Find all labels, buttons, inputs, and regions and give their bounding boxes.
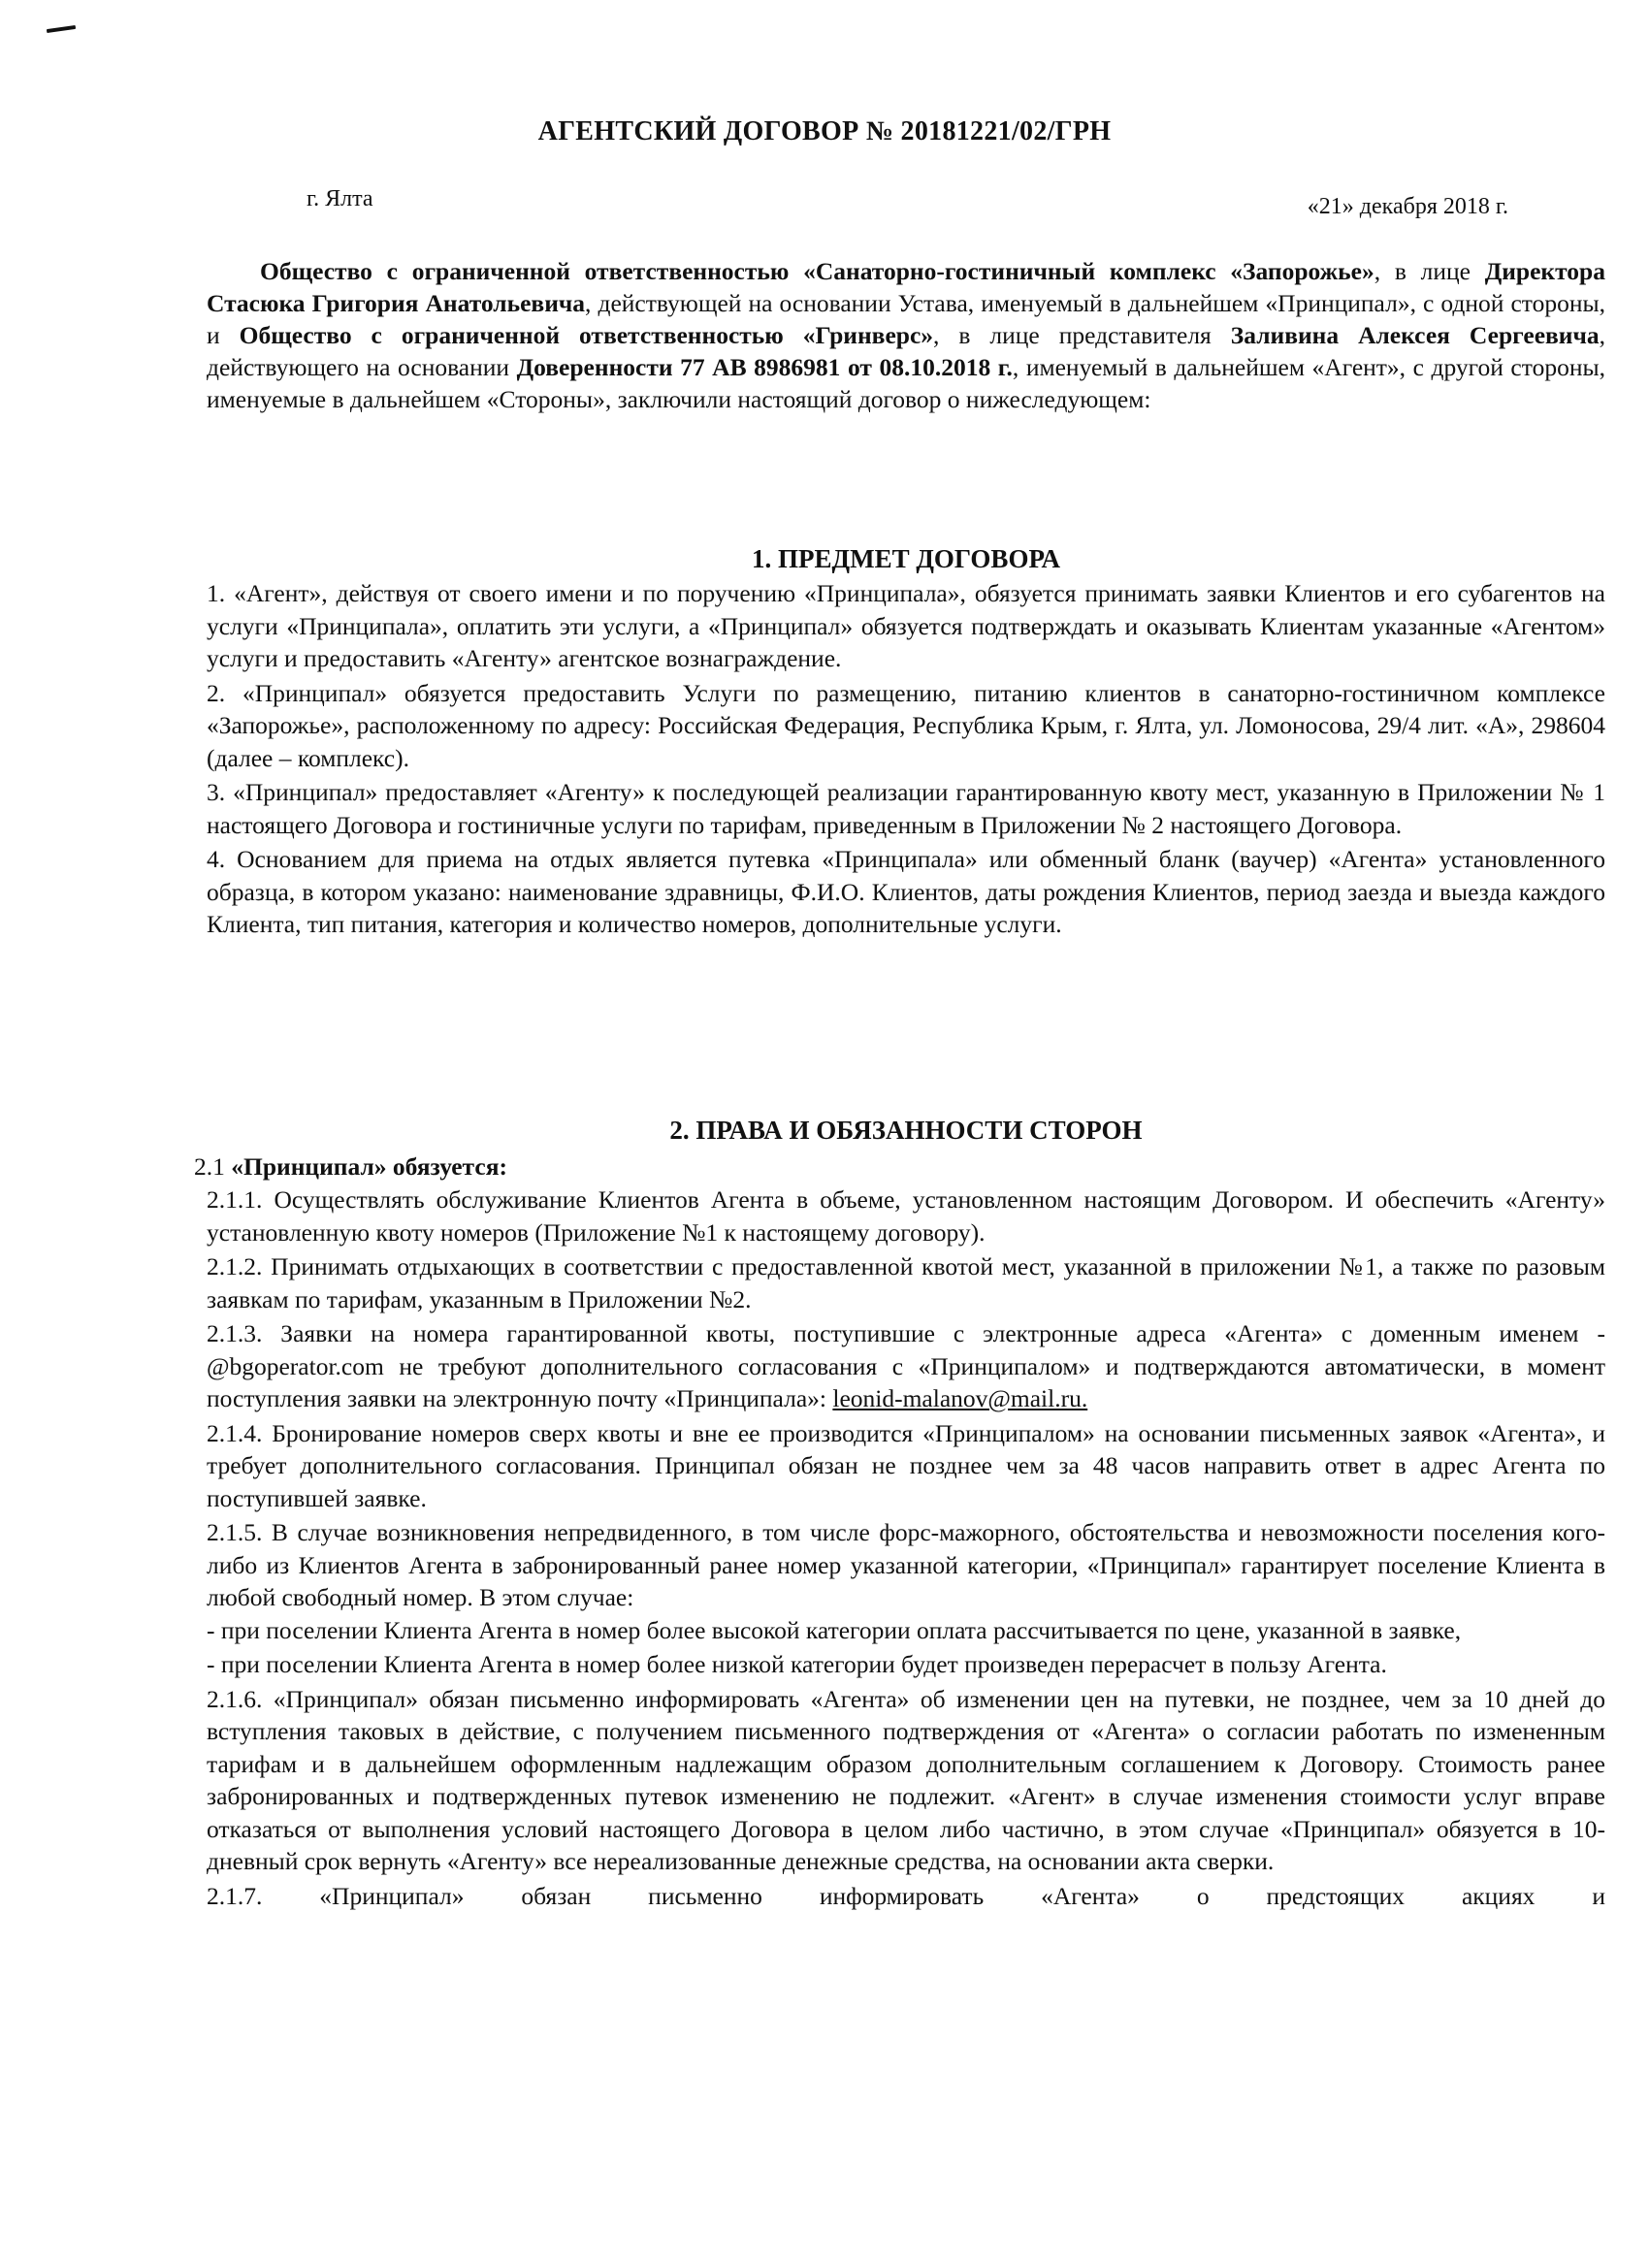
section-1-body: 1. «Агент», действуя от своего имени и п… xyxy=(207,577,1605,941)
clause-1-2: 2. «Принципал» обязуется предоставить Ус… xyxy=(207,677,1605,775)
scan-artifact-mark xyxy=(47,25,76,33)
subsection-number: 2.1 xyxy=(194,1152,231,1181)
section-2-heading: 2. ПРАВА И ОБЯЗАННОСТИ СТОРОН xyxy=(207,1116,1605,1146)
clause-1-3: 3. «Принципал» предоставляет «Агенту» к … xyxy=(207,776,1605,841)
clause-2-1-6: 2.1.6. «Принципал» обязан письменно инфо… xyxy=(207,1683,1605,1878)
clause-2-1-3: 2.1.3. Заявки на номера гарантированной … xyxy=(207,1317,1605,1415)
principal-company-name: Общество с ограниченной ответственностью… xyxy=(260,257,1374,285)
document-place: г. Ялта xyxy=(307,186,373,212)
power-of-attorney: Доверенности 77 АВ 8986981 от 08.10.2018… xyxy=(517,353,1013,381)
principal-email-link[interactable]: leonid-malanov@mail.ru. xyxy=(832,1384,1087,1412)
clause-2-1-5-lower-category: - при поселении Клиента Агента в номер б… xyxy=(207,1648,1605,1681)
clause-2-1-7: 2.1.7. «Принципал» обязан письменно инфо… xyxy=(207,1880,1605,1913)
section-1-heading: 1. ПРЕДМЕТ ДОГОВОРА xyxy=(207,544,1605,574)
preamble-text: , в лице представителя xyxy=(933,321,1231,349)
preamble-text: , в лице xyxy=(1374,257,1485,285)
document-date: «21» декабря 2018 г. xyxy=(1308,194,1508,220)
subsection-title: «Принципал» обязуется: xyxy=(231,1152,507,1181)
clause-2-1-5: 2.1.5. В случае возникновения непредвиде… xyxy=(207,1516,1605,1614)
clause-2-1-1: 2.1.1. Осуществлять обслуживание Клиенто… xyxy=(207,1183,1605,1248)
clause-1-1: 1. «Агент», действуя от своего имени и п… xyxy=(207,577,1605,675)
section-2-body: 2.1.1. Осуществлять обслуживание Клиенто… xyxy=(207,1183,1605,1912)
clause-2-1-5-higher-category: - при поселении Клиента Агента в номер б… xyxy=(207,1614,1605,1647)
subsection-2-1-heading: 2.1 «Принципал» обязуется: xyxy=(194,1152,507,1182)
agent-representative-name: Заливина Алексея Сергеевича xyxy=(1231,321,1600,349)
document-title: АГЕНТСКИЙ ДОГОВОР № 20181221/02/ГРН xyxy=(0,116,1649,147)
clause-2-1-4: 2.1.4. Бронирование номеров сверх квоты … xyxy=(207,1417,1605,1515)
preamble-paragraph: Общество с ограниченной ответственностью… xyxy=(207,255,1605,415)
clause-2-1-2: 2.1.2. Принимать отдыхающих в соответств… xyxy=(207,1250,1605,1315)
clause-1-4: 4. Основанием для приема на отдых являет… xyxy=(207,843,1605,941)
agent-company-name: Общество с ограниченной ответственностью… xyxy=(240,321,933,349)
